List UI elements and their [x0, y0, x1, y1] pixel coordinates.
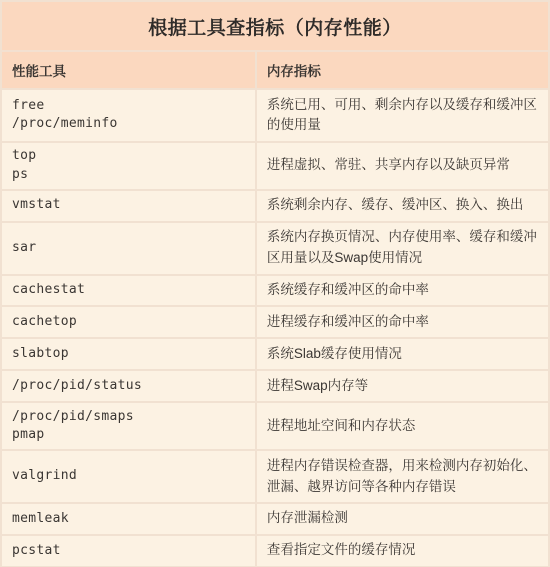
- table-row: top ps 进程虚拟、常驻、共享内存以及缺页异常: [2, 142, 548, 190]
- header-row: 性能工具 内存指标: [2, 52, 548, 89]
- tool-cell: /proc/pid/status: [2, 370, 256, 402]
- metric-cell: 系统Slab缓存使用情况: [256, 338, 548, 370]
- table-row: /proc/pid/smaps pmap 进程地址空间和内存状态: [2, 402, 548, 450]
- metric-cell: 进程缓存和缓冲区的命中率: [256, 306, 548, 338]
- metric-cell: 进程虚拟、常驻、共享内存以及缺页异常: [256, 142, 548, 190]
- column-header-tool: 性能工具: [2, 52, 256, 89]
- metric-cell: 系统内存换页情况、内存使用率、缓存和缓冲区用量以及Swap使用情况: [256, 222, 548, 275]
- table-row: slabtop 系统Slab缓存使用情况: [2, 338, 548, 370]
- tool-cell: pcstat: [2, 535, 256, 566]
- table-row: vmstat 系统剩余内存、缓存、缓冲区、换入、换出: [2, 190, 548, 222]
- table-row: sar 系统内存换页情况、内存使用率、缓存和缓冲区用量以及Swap使用情况: [2, 222, 548, 275]
- metric-cell: 系统缓存和缓冲区的命中率: [256, 275, 548, 307]
- table-row: pcstat 查看指定文件的缓存情况: [2, 535, 548, 566]
- tool-cell: top ps: [2, 142, 256, 190]
- table-title: 根据工具查指标（内存性能）: [2, 2, 548, 52]
- table-row: free /proc/meminfo 系统已用、可用、剩余内存以及缓存和缓冲区的…: [2, 89, 548, 142]
- column-header-metric: 内存指标: [256, 52, 548, 89]
- tool-cell: slabtop: [2, 338, 256, 370]
- table-row: cachetop 进程缓存和缓冲区的命中率: [2, 306, 548, 338]
- tool-cell: cachetop: [2, 306, 256, 338]
- tool-cell: vmstat: [2, 190, 256, 222]
- memory-metrics-table: 性能工具 内存指标 free /proc/meminfo 系统已用、可用、剩余内…: [2, 52, 548, 566]
- metric-cell: 系统已用、可用、剩余内存以及缓存和缓冲区的使用量: [256, 89, 548, 142]
- metric-cell: 进程地址空间和内存状态: [256, 402, 548, 450]
- tool-cell: free /proc/meminfo: [2, 89, 256, 142]
- memory-tools-table-card: 根据工具查指标（内存性能） 性能工具 内存指标 free /proc/memin…: [0, 0, 550, 567]
- table-row: /proc/pid/status 进程Swap内存等: [2, 370, 548, 402]
- tool-cell: sar: [2, 222, 256, 275]
- tool-cell: memleak: [2, 503, 256, 535]
- tool-cell: valgrind: [2, 450, 256, 503]
- metric-cell: 进程内存错误检查器，用来检测内存初始化、泄漏、越界访问等各种内存错误: [256, 450, 548, 503]
- metric-cell: 系统剩余内存、缓存、缓冲区、换入、换出: [256, 190, 548, 222]
- table-row: memleak 内存泄漏检测: [2, 503, 548, 535]
- table-row: valgrind 进程内存错误检查器，用来检测内存初始化、泄漏、越界访问等各种内…: [2, 450, 548, 503]
- tool-cell: cachestat: [2, 275, 256, 307]
- table-row: cachestat 系统缓存和缓冲区的命中率: [2, 275, 548, 307]
- metric-cell: 内存泄漏检测: [256, 503, 548, 535]
- metric-cell: 查看指定文件的缓存情况: [256, 535, 548, 566]
- metric-cell: 进程Swap内存等: [256, 370, 548, 402]
- tool-cell: /proc/pid/smaps pmap: [2, 402, 256, 450]
